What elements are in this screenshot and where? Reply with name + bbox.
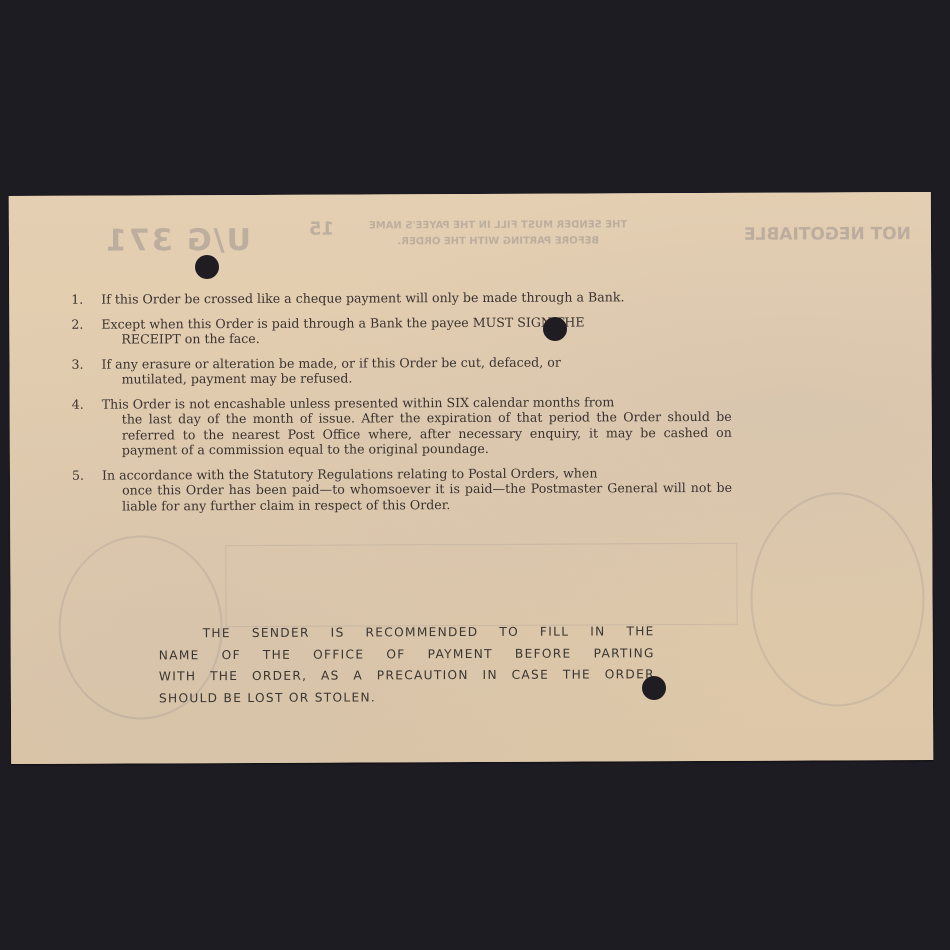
punch-hole bbox=[543, 317, 567, 341]
show-through-not-negotiable: NOT NEGOTIABLE bbox=[744, 224, 911, 245]
condition-item: 1. If this Order be crossed like a chequ… bbox=[71, 289, 731, 307]
punch-hole bbox=[642, 676, 666, 700]
condition-item: 2. Except when this Order is paid throug… bbox=[71, 313, 731, 347]
show-through-stamp-right bbox=[750, 492, 925, 707]
sender-notice: THE SENDER IS RECOMMENDED TO FILL IN THE… bbox=[159, 621, 655, 709]
show-through-bank-notice: THE SENDER MUST FILL IN THE PAYEE'S NAME… bbox=[369, 217, 628, 250]
condition-item: 4. This Order is not encashable unless p… bbox=[72, 393, 732, 458]
punch-hole bbox=[195, 255, 219, 279]
conditions-list: 1. If this Order be crossed like a chequ… bbox=[71, 289, 732, 523]
show-through-field-box bbox=[225, 543, 737, 627]
show-through-serial: U/G 371 bbox=[104, 223, 251, 259]
condition-item: 5. In accordance with the Statutory Regu… bbox=[72, 464, 732, 513]
show-through-prefix: 15 bbox=[309, 219, 334, 240]
condition-item: 3. If any erasure or alteration be made,… bbox=[71, 353, 731, 387]
postal-order-reverse: U/G 371 15 THE SENDER MUST FILL IN THE P… bbox=[9, 192, 933, 764]
